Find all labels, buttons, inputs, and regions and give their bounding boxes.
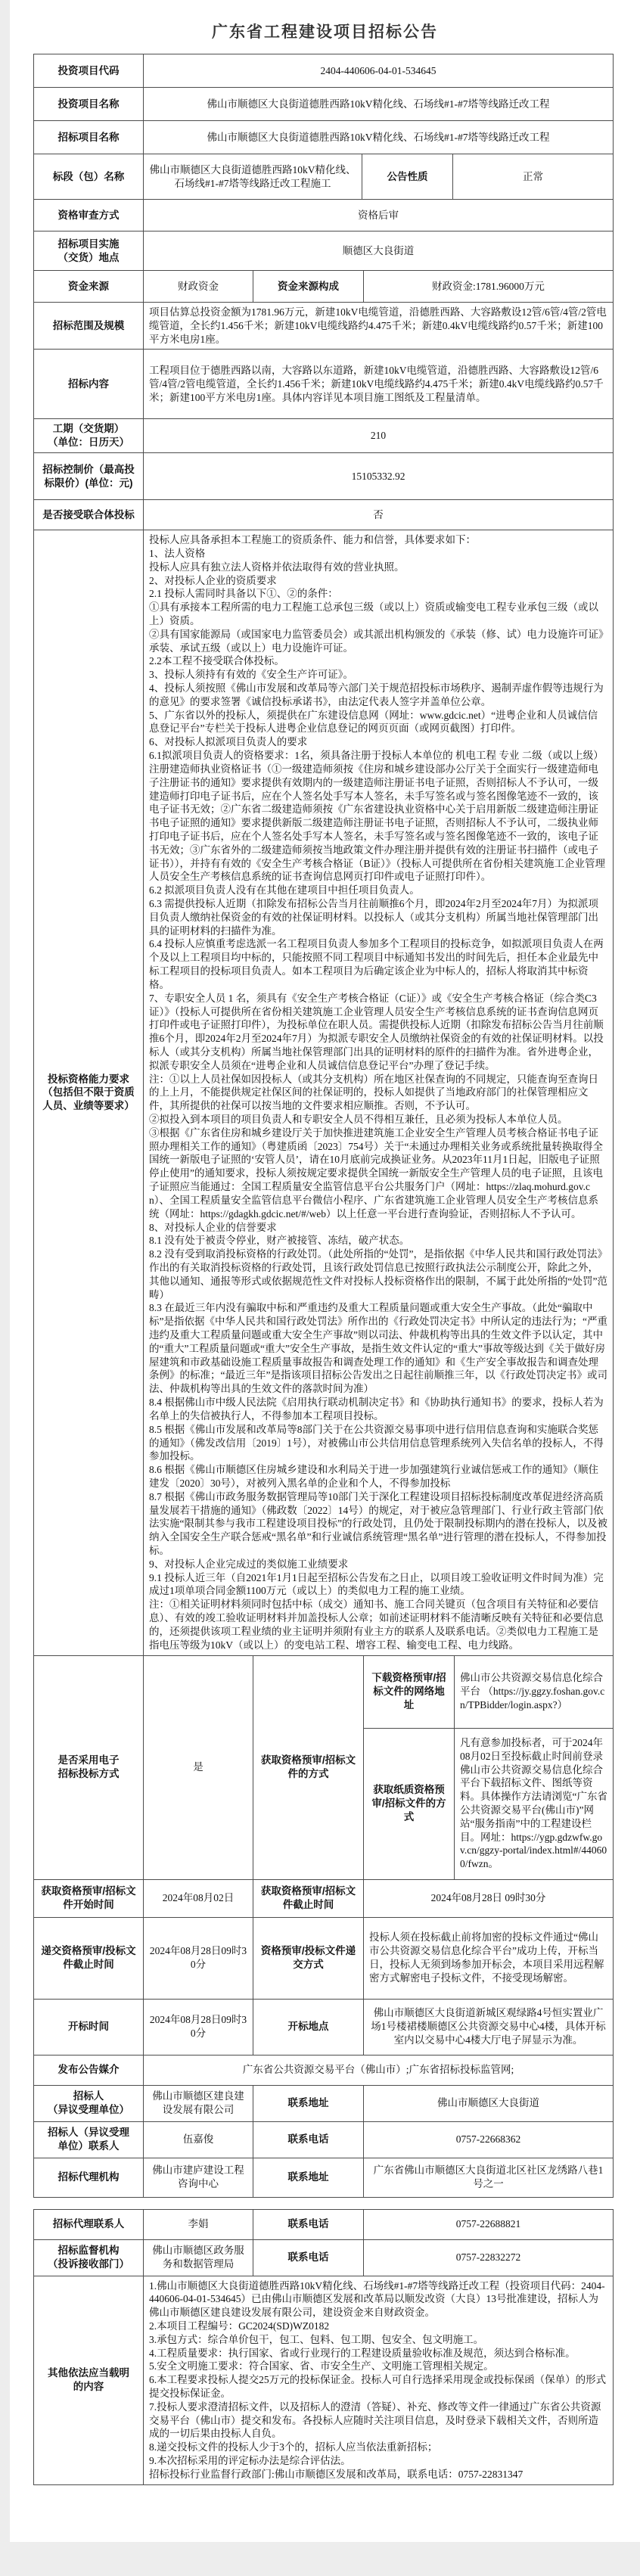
tenderer-label: 招标人 （异议受理单位） [34, 2085, 144, 2121]
fund-source-value: 财政资金 [144, 271, 253, 303]
content-value: 工程项目位于德胜西路以南，大容路以东道路，新建10kV电缆管道，沿德胜西路、大容… [144, 350, 614, 419]
section-name-label: 标段（包）名称 [34, 154, 144, 200]
fund-composition-value: 财政资金:1781.96000万元 [364, 271, 614, 303]
table-row: 获取资格预审/招标文件开始时间 2024年08月02日 获取资格预审/招标文件截… [34, 1879, 614, 1917]
project-code-value: 2404-440606-04-01-534645 [144, 54, 614, 88]
qual-method-value: 资格后审 [144, 200, 614, 231]
doc-deadline-value: 2024年08月28日 09时30分 [364, 1879, 614, 1917]
table-row: 招标项目名称 佛山市顺德区大良街道德胜西路10kV精化线、石场线#1-#7塔等线… [34, 121, 614, 154]
table-row: 资金来源 财政资金 资金来源构成 财政资金:1781.96000万元 [34, 271, 614, 303]
page-title: 广东省工程建设项目招标公告 [10, 20, 640, 42]
open-time-value: 2024年08月28日09时30分 [144, 1999, 253, 2055]
invest-name-label: 投资项目名称 [34, 88, 144, 121]
other-content-value: 1.佛山市顺德区大良街道德胜西路10kV精化线、石场线#1-#7塔等线路迁改工程… [144, 2276, 614, 2484]
tenderer-phone-label: 联系电话 [253, 2121, 364, 2158]
section-name-value: 佛山市顺德区大良街道德胜西路10kV精化线、石场线#1-#7塔等线路迁改工程施工 [144, 154, 362, 200]
open-place-value: 佛山市顺德区大良街道新城区观绿路4号恒实置业广场1号楼裙楼顺德区公共资源交易中心… [364, 1999, 614, 2055]
tenderer-contact-value: 伍嘉俊 [144, 2121, 253, 2158]
tenderer-contact-label: 招标人（异议受理 单位）联系人 [34, 2121, 144, 2158]
open-time-label: 开标时间 [34, 1999, 144, 2055]
consortium-value: 否 [144, 500, 614, 530]
table-ebidding: 是否采用电子 招标投标方式 是 获取资格预审/招标文件的方式 下载资格预审/招标… [33, 1655, 614, 1880]
ebid-value: 是 [144, 1655, 253, 1879]
tender-name-value: 佛山市顺德区大良街道德胜西路10kV精化线、石场线#1-#7塔等线路迁改工程 [144, 121, 614, 154]
agency-contact-label: 招标代理联系人 [34, 2209, 144, 2239]
tenderer-phone-value: 0757-22668362 [364, 2121, 614, 2158]
table-section: 标段（包）名称 佛山市顺德区大良街道德胜西路10kV精化线、石场线#1-#7塔等… [33, 154, 614, 200]
table-row: 标段（包）名称 佛山市顺德区大良街道德胜西路10kV精化线、石场线#1-#7塔等… [34, 154, 614, 200]
table-supervision-other: 招标代理联系人 李娟 联系电话 0757-22688821 招标监督机构 （投诉… [33, 2209, 614, 2485]
agency-address-label: 联系地址 [253, 2158, 364, 2197]
agency-phone-value: 0757-22688821 [364, 2209, 614, 2239]
table-row: 发布公告媒介 广东省公共资源交易平台（佛山市）;广东省招标投标监管网; [34, 2055, 614, 2085]
qualification-label: 投标资格能力要求（包括但不限于资质人员、业绩等要求） [34, 530, 144, 1655]
submit-method-value: 投标人须在投标截止前将加密的投标文件通过“佛山市公共资源交易信息化综合平台”成功… [364, 1917, 614, 1999]
table-row: 开标时间 2024年08月28日09时30分 开标地点 佛山市顺德区大良街道新城… [34, 1999, 614, 2055]
tenderer-address-value: 佛山市顺德区大良街道 [364, 2085, 614, 2121]
invest-name-value: 佛山市顺德区大良街道德胜西路10kV精化线、石场线#1-#7塔等线路迁改工程 [144, 88, 614, 121]
table-times-contacts: 获取资格预审/招标文件开始时间 2024年08月02日 获取资格预审/招标文件截… [33, 1879, 614, 2198]
supervisor-value: 佛山市顺德区政务服务和数据管理局 [144, 2239, 253, 2276]
ebid-label: 是否采用电子 招标投标方式 [34, 1655, 144, 1879]
ebid-paper-label: 获取纸质资格预审/招标文件的方式 [364, 1728, 455, 1879]
submit-method-label: 资格预审/投标文件递交方式 [253, 1917, 364, 1999]
notice-page: 广东省工程建设项目招标公告 投资项目代码 2404-440606-04-01-5… [10, 0, 640, 2542]
agency-value: 佛山市建庐建设工程咨询中心 [144, 2158, 253, 2197]
table-row: 招标范围及规模 项目估算总投资金额为1781.96万元，新建10kV电缆管道，沿… [34, 303, 614, 350]
ebid-method-label: 获取资格预审/招标文件的方式 [253, 1655, 364, 1879]
table-basic-info: 投资项目代码 2404-440606-04-01-534645 投资项目名称 佛… [33, 54, 614, 154]
open-place-label: 开标地点 [253, 1999, 364, 2055]
agency-phone-label: 联系电话 [253, 2209, 364, 2239]
duration-label: 工期（交货期） （单位：日历天） [34, 419, 144, 453]
table-row: 是否采用电子 招标投标方式 是 获取资格预审/招标文件的方式 下载资格预审/招标… [34, 1655, 614, 1728]
table-row: 是否接受联合体投标 否 [34, 500, 614, 530]
agency-contact-value: 李娟 [144, 2209, 253, 2239]
doc-start-value: 2024年08月02日 [144, 1879, 253, 1917]
content-label: 招标内容 [34, 350, 144, 419]
supervisor-phone-label: 联系电话 [253, 2239, 364, 2276]
duration-value: 210 [144, 419, 614, 453]
table-scope-qualification: 招标范围及规模 项目估算总投资金额为1781.96万元，新建10kV电缆管道，沿… [33, 302, 614, 1656]
table-row: 投资项目代码 2404-440606-04-01-534645 [34, 54, 614, 88]
agency-address-value: 广东省佛山市顺德区大良街道北区社区龙绣路八巷1号之一 [364, 2158, 614, 2197]
tenderer-address-label: 联系地址 [253, 2085, 364, 2121]
project-code-label: 投资项目代码 [34, 54, 144, 88]
qual-method-label: 资格审查方式 [34, 200, 144, 231]
ceiling-price-label: 招标控制价（最高投标限价）(单位：元) [34, 453, 144, 500]
agency-label: 招标代理机构 [34, 2158, 144, 2197]
media-label: 发布公告媒介 [34, 2055, 144, 2085]
table-row: 投标资格能力要求（包括但不限于资质人员、业绩等要求） 投标人应具备承担本工程施工… [34, 530, 614, 1655]
table-row: 递交资格预审/投标文件截止时间 2024年08月28日09时30分 资格预审/投… [34, 1917, 614, 1999]
supervisor-label: 招标监督机构 （投诉接收部门） [34, 2239, 144, 2276]
fund-source-label: 资金来源 [34, 271, 144, 303]
table-row: 招标代理机构 佛山市建庐建设工程咨询中心 联系地址 广东省佛山市顺德区大良街道北… [34, 2158, 614, 2197]
table-row: 招标代理联系人 李娟 联系电话 0757-22688821 [34, 2209, 614, 2239]
table-break-gap [10, 2198, 640, 2210]
table-row: 其他依法应当载明 的内容 1.佛山市顺德区大良街道德胜西路10kV精化线、石场线… [34, 2276, 614, 2484]
submit-deadline-value: 2024年08月28日09时30分 [144, 1917, 253, 1999]
ebid-download-label: 下载资格预审/招标文件的网络地址 [364, 1655, 455, 1728]
doc-deadline-label: 获取资格预审/招标文件截止时间 [253, 1879, 364, 1917]
fund-composition-label: 资金来源构成 [253, 271, 364, 303]
table-row: 招标人（异议受理 单位）联系人 伍嘉俊 联系电话 0757-22668362 [34, 2121, 614, 2158]
table-row: 投资项目名称 佛山市顺德区大良街道德胜西路10kV精化线、石场线#1-#7塔等线… [34, 88, 614, 121]
table-row: 招标监督机构 （投诉接收部门） 佛山市顺德区政务服务和数据管理局 联系电话 07… [34, 2239, 614, 2276]
notice-nature-label: 公告性质 [362, 154, 453, 200]
consortium-label: 是否接受联合体投标 [34, 500, 144, 530]
table-fund: 资金来源 财政资金 资金来源构成 财政资金:1781.96000万元 [33, 270, 614, 303]
table-row: 招标控制价（最高投标限价）(单位：元) 15105332.92 [34, 453, 614, 500]
doc-start-label: 获取资格预审/招标文件开始时间 [34, 1879, 144, 1917]
other-content-label: 其他依法应当载明 的内容 [34, 2276, 144, 2484]
table-row: 工期（交货期） （单位：日历天） 210 [34, 419, 614, 453]
table-method-location: 资格审查方式 资格后审 招标项目实施 （交货）地点 顺德区大良街道 [33, 199, 614, 271]
table-row: 资格审查方式 资格后审 [34, 200, 614, 231]
qualification-value: 投标人应具备承担本工程施工的资质条件、能力和信誉，具体要求如下： 1、法人资格 … [144, 530, 614, 1655]
tender-name-label: 招标项目名称 [34, 121, 144, 154]
location-value: 顺德区大良街道 [144, 231, 614, 271]
table-row: 招标项目实施 （交货）地点 顺德区大良街道 [34, 231, 614, 271]
notice-nature-value: 正常 [453, 154, 614, 200]
ceiling-price-value: 15105332.92 [144, 453, 614, 500]
submit-deadline-label: 递交资格预审/投标文件截止时间 [34, 1917, 144, 1999]
ebid-paper-value: 凡有意参加投标者，可于2024年08月02日至投标截止时间前登录佛山市公共资源交… [455, 1728, 614, 1879]
tenderer-value: 佛山市顺德区建良建设发展有限公司 [144, 2085, 253, 2121]
location-label: 招标项目实施 （交货）地点 [34, 231, 144, 271]
table-row: 招标人 （异议受理单位） 佛山市顺德区建良建设发展有限公司 联系地址 佛山市顺德… [34, 2085, 614, 2121]
media-value: 广东省公共资源交易平台（佛山市）;广东省招标投标监管网; [144, 2055, 614, 2085]
supervisor-phone-value: 0757-22832272 [364, 2239, 614, 2276]
ebid-download-value: 佛山市公共资源交易信息化综合平台 （https://jy.ggzy.foshan… [455, 1655, 614, 1728]
scope-value: 项目估算总投资金额为1781.96万元，新建10kV电缆管道，沿德胜西路、大容路… [144, 303, 614, 350]
scope-label: 招标范围及规模 [34, 303, 144, 350]
table-row: 招标内容 工程项目位于德胜西路以南，大容路以东道路，新建10kV电缆管道，沿德胜… [34, 350, 614, 419]
